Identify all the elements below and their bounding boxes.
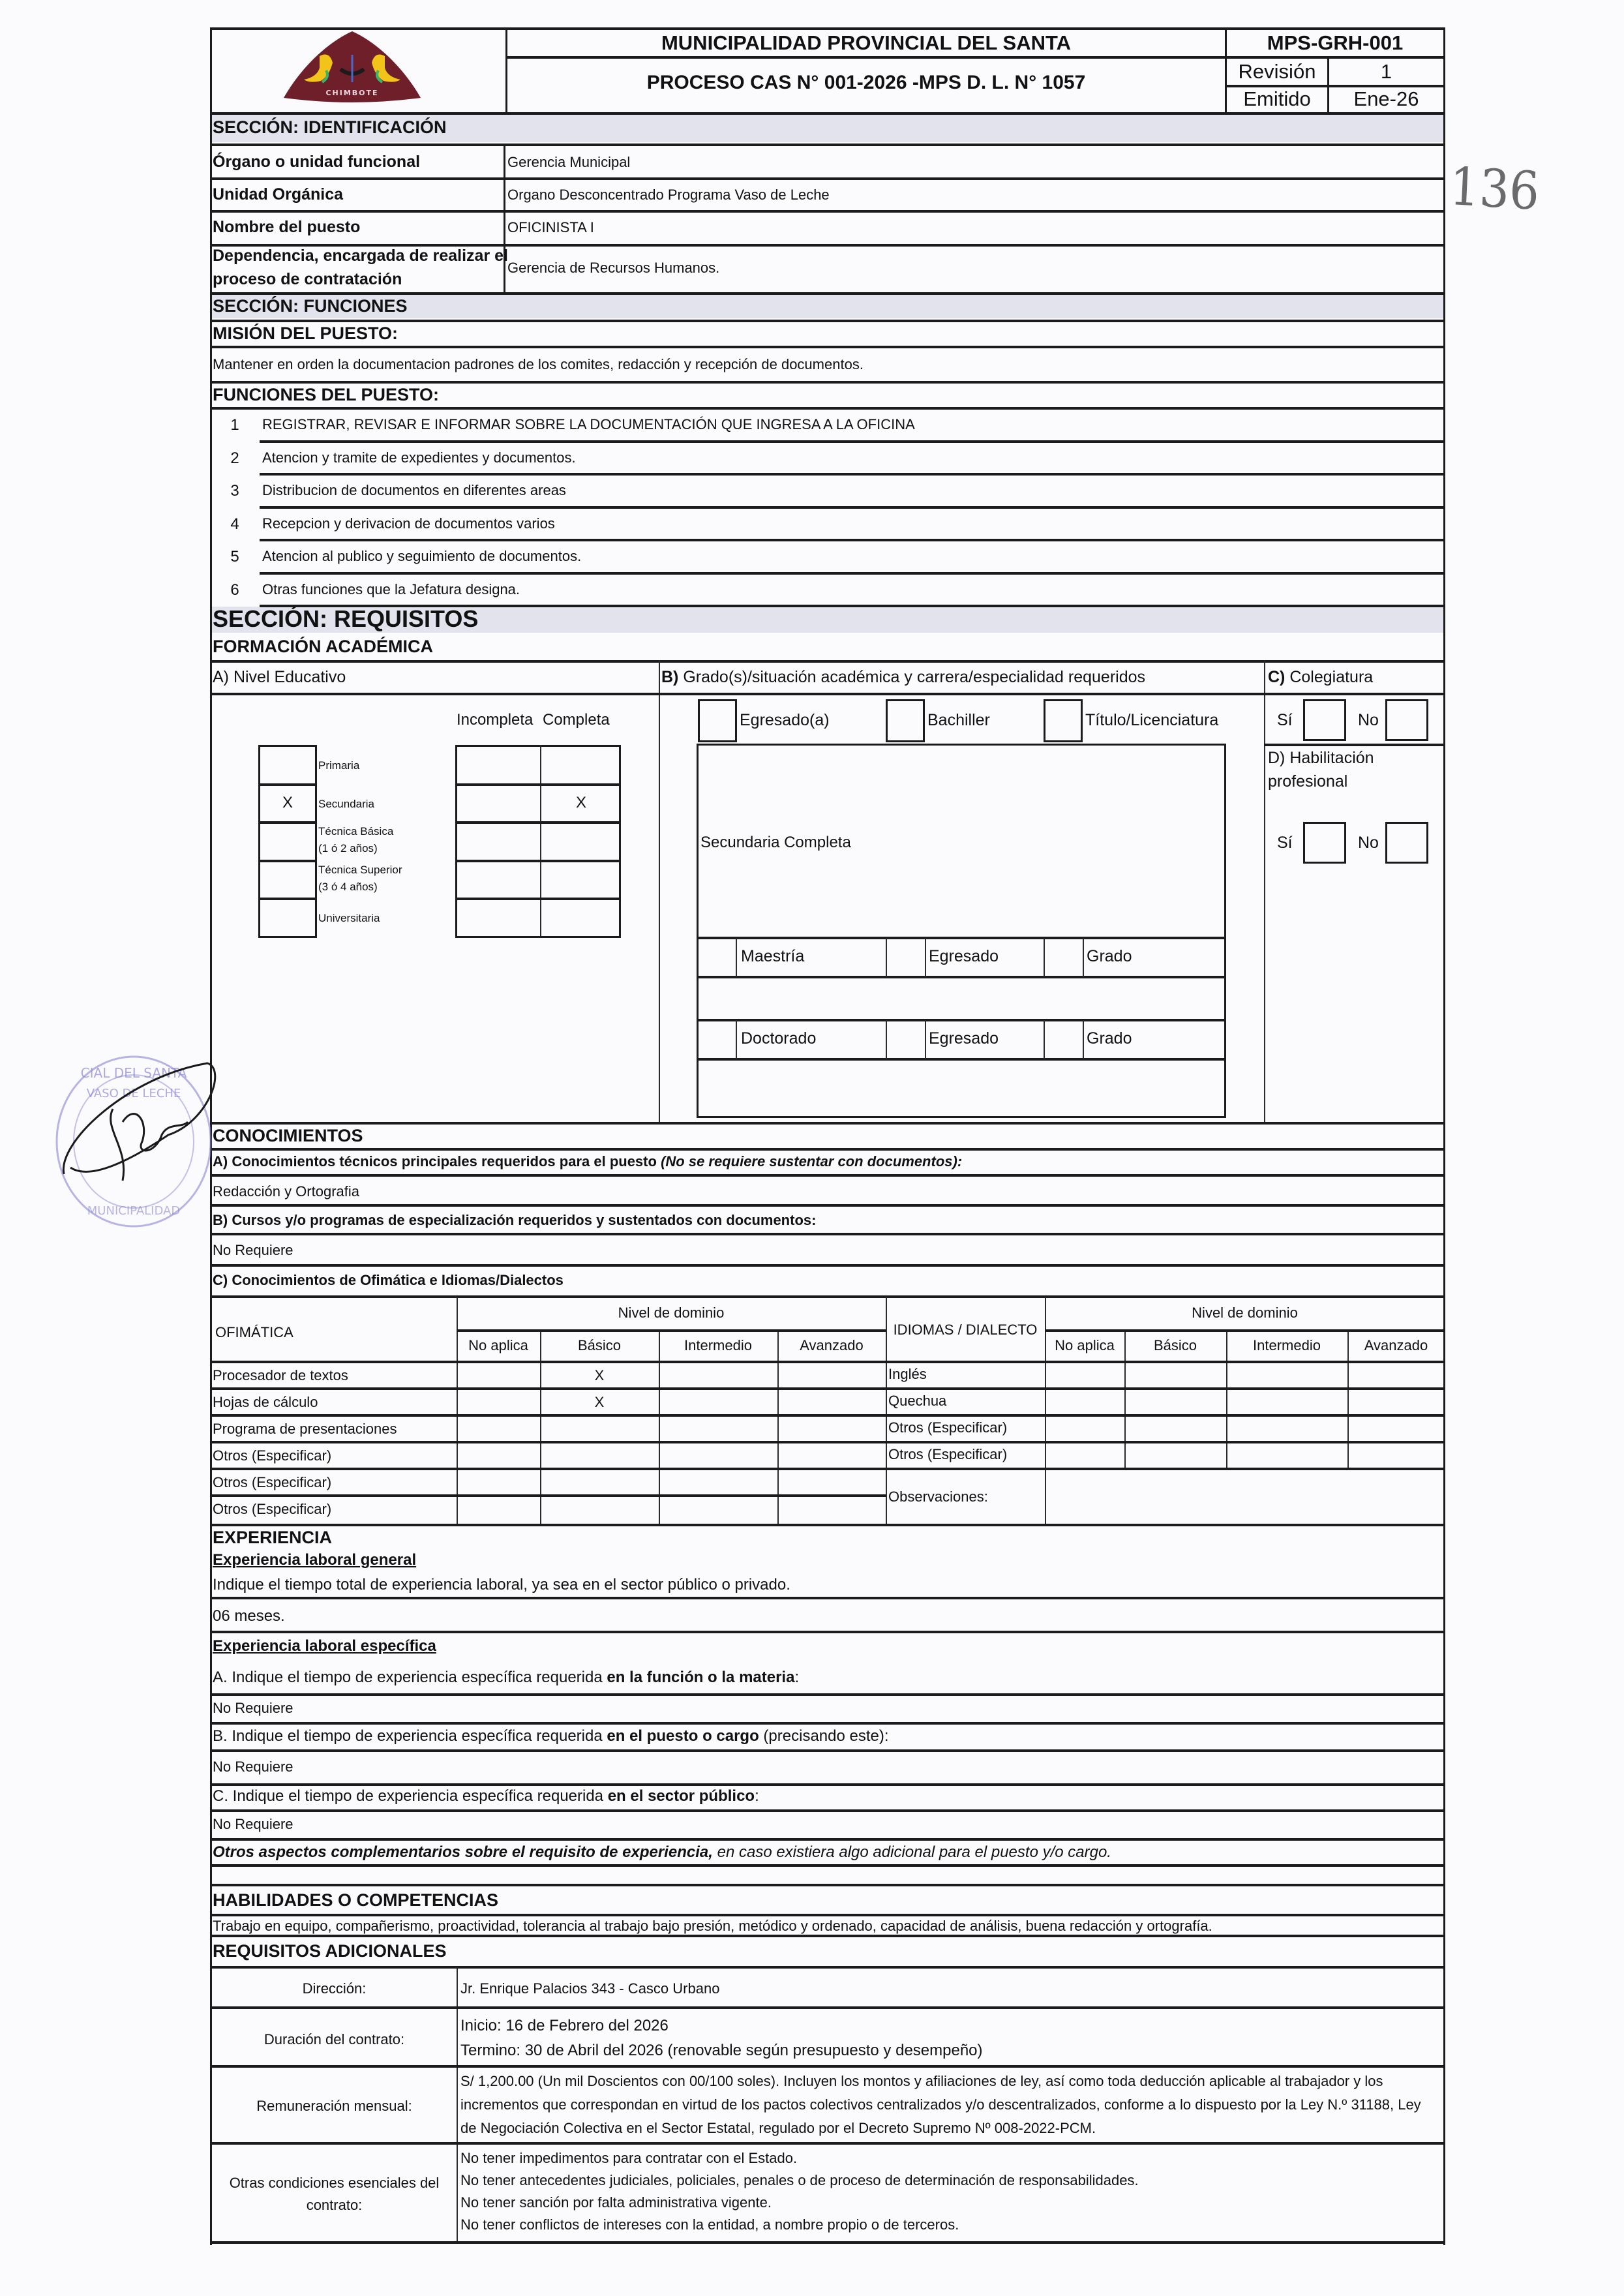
rule [210,1148,1445,1151]
revision-label: Revisión [1227,60,1327,83]
cell-divider [736,1020,737,1059]
revision-value: 1 [1329,60,1443,83]
rule [455,860,621,862]
idiomas-col-header: No aplica [1045,1337,1124,1353]
colegiatura-si-label: Sí [1277,711,1293,730]
remuneracion-line-3: de Negociación Colectiva en el Sector Es… [460,2120,1096,2136]
document-code: MPS-GRH-001 [1227,31,1443,55]
colegiatura-title: C) Colegiatura [1268,668,1373,687]
cell-divider [1083,1020,1084,1059]
cell-divider [925,1020,926,1059]
experiencia-especifica-title: Experiencia laboral específica [213,1637,436,1655]
observaciones-label: Observaciones: [888,1488,988,1505]
rule [210,1722,1445,1725]
ofimatica-row-name: Otros (Especificar) [213,1447,331,1464]
formacion-title: FORMACIÓN ACADÉMICA [213,637,433,657]
rule [1045,1329,1445,1332]
funcion-text: REGISTRAR, REVISAR E INFORMAR SOBRE LA D… [262,416,915,432]
rule [210,1204,1445,1207]
checkbox-egresado[interactable] [698,699,737,742]
section-funciones-title: SECCIÓN: FUNCIONES [213,296,408,316]
idiomas-header: IDIOMAS / DIALECTO [886,1322,1045,1338]
otras-condicion-2: No tener antecedentes judiciales, polici… [460,2172,1139,2188]
frame-right [1443,27,1445,2245]
cell-divider [886,1020,887,1059]
rule [210,2006,1445,2009]
conocimientos-a-value: Redacción y Ortografia [213,1183,359,1200]
rule [210,1122,1445,1125]
rule [260,473,1445,476]
rule [210,1884,1445,1886]
rule [886,1414,1445,1417]
rule [210,1387,886,1390]
ofimatica-row-name: Programa de presentaciones [213,1421,397,1437]
idioma-row-name: Quechua [888,1393,946,1409]
maestria-label: Maestría [741,947,804,966]
rule [260,506,1445,509]
rule [697,976,1226,978]
rule [210,1468,886,1470]
col-divider [659,660,660,1123]
org-title: MUNICIPALIDAD PROVINCIAL DEL SANTA [507,31,1225,55]
experiencia-general-value: 06 meses. [213,1607,285,1625]
rule [210,1264,1445,1267]
issued-value: Ene-26 [1329,87,1443,111]
rule [210,2065,1445,2068]
cell-divider [1083,938,1084,977]
experiencia-a-value: No Requiere [213,1700,293,1716]
chimbote-crest-icon: CHIMBOTE [280,30,424,103]
doctorado-egresado: Egresado [929,1029,999,1048]
idioma-row-name: Otros (Especificar) [888,1446,1007,1462]
rule [1264,744,1445,746]
rule [260,605,1445,607]
svg-text:MUNICIPALIDAD: MUNICIPALIDAD [87,1204,180,1218]
funcion-number: 1 [222,416,248,434]
col-divider [1264,660,1265,1123]
funcion-number: 6 [222,581,248,599]
otras-condicion-3: No tener sanción por falta administrativ… [460,2194,772,2211]
rule [210,1414,886,1417]
rule [886,1387,1445,1390]
nivel-label-sub: (1 ó 2 años) [318,842,378,855]
rule [210,660,1445,663]
col-completa: Completa [543,711,610,729]
label-dependencia-2: proceso de contratación [213,270,402,289]
habilitacion-title: D) Habilitación [1268,749,1374,768]
rule [258,860,317,862]
colegiatura-no-checkbox[interactable] [1385,699,1428,741]
rule [697,1019,1226,1021]
rule [210,1233,1445,1235]
option-titulo: Título/Licenciatura [1085,711,1218,730]
mision-text: Mantener en orden la documentacion padro… [213,356,864,372]
header-line [505,56,1445,59]
experiencia-b-prompt: B. Indique el tiempo de experiencia espe… [213,1727,889,1745]
idiomas-nivel-header: Nivel de dominio [1045,1305,1445,1321]
rule [210,320,1445,322]
conocimientos-b-value: No Requiere [213,1242,293,1258]
funcion-number: 3 [222,482,248,500]
rule [210,1935,1445,1937]
nivel-label: Técnica Superior [318,864,402,877]
adicionales-title: REQUISITOS ADICIONALES [213,1941,447,1961]
nivel-completa-cell[interactable]: X [541,794,621,812]
ofimatica-col-header: No aplica [457,1337,540,1353]
rule [697,937,1226,939]
rule [258,898,317,900]
funcion-number: 4 [222,515,248,534]
colegiatura-si-checkbox[interactable] [1303,699,1346,741]
rule [210,1631,1445,1633]
duracion-termino: Termino: 30 de Abril del 2026 (renovable… [460,2042,983,2060]
nivel-mark-column [258,745,317,938]
nivel-mark[interactable]: X [260,794,315,812]
funcion-number: 5 [222,548,248,566]
experiencia-a-prompt: A. Indique el tiempo de experiencia espe… [213,1669,799,1687]
rule [210,1361,1445,1363]
duracion-inicio: Inicio: 16 de Febrero del 2026 [460,2017,669,2035]
rule [210,2241,1445,2244]
experiencia-general-prompt: Indique el tiempo total de experiencia l… [213,1576,790,1594]
habilitacion-si-checkbox[interactable] [1303,822,1346,864]
rule [210,1693,1445,1696]
rule [260,539,1445,541]
rule [455,821,621,824]
issued-label: Emitido [1227,87,1327,111]
handwritten-page-number: 136 [1449,157,1541,222]
experiencia-c-prompt: C. Indique el tiempo de experiencia espe… [213,1787,759,1805]
rule [210,381,1445,384]
rule [457,1329,886,1332]
rule [210,1524,1445,1526]
rule [210,1295,1445,1298]
funcion-text: Atencion al publico y seguimiento de doc… [262,548,581,564]
rule [260,572,1445,575]
specialty-value: Secundaria Completa [700,834,851,852]
rule [210,1494,886,1497]
rule [258,821,317,824]
direccion-label: Dirección: [212,1980,457,1997]
ofimatica-col-header: Intermedio [659,1337,777,1353]
idioma-row-name: Otros (Especificar) [888,1419,1007,1436]
ofimatica-level-cell[interactable]: X [540,1367,659,1383]
maestria-egresado: Egresado [929,947,999,966]
mision-title: MISIÓN DEL PUESTO: [213,324,398,344]
remuneracion-line-1: S/ 1,200.00 (Un mil Doscientos con 00/10… [460,2073,1383,2089]
rule [210,177,1445,180]
otras-condicion-1: No tener impedimentos para contratar con… [460,2150,797,2166]
nivel-label-sub: (3 ó 4 años) [318,881,378,894]
idioma-row-name: Inglés [888,1366,927,1382]
rule [210,1966,1445,1969]
col-divider [504,143,505,294]
document-page: 136 CHIMBOTE MUNICIPALIDAD PROVINCIAL DE… [0,0,1624,2296]
habilidades-text: Trabajo en equipo, compañerismo, proacti… [213,1918,1212,1934]
ofimatica-nivel-header: Nivel de dominio [457,1305,886,1321]
colegiatura-no-label: No [1358,711,1379,730]
rule [210,1783,1445,1786]
rule [210,1174,1445,1177]
duracion-label: Duración del contrato: [212,2031,457,2047]
cell-divider [886,938,887,977]
ofimatica-row-name: Otros (Especificar) [213,1474,331,1490]
municipality-logo: CHIMBOTE [280,30,424,103]
cell-divider [540,745,541,936]
rule [210,1441,886,1443]
rule [886,1441,1445,1443]
checkbox-titulo[interactable] [1044,699,1083,742]
option-egresado: Egresado(a) [740,711,830,730]
conocimientos-b-label: B) Cursos y/o programas de especializaci… [213,1212,816,1228]
value-nombre-puesto: OFICINISTA I [507,219,594,235]
nivel-label: Primaria [318,759,359,772]
experiencia-general-title: Experiencia laboral general [213,1551,416,1569]
maestria-grado: Grado [1087,947,1132,966]
label-nombre-puesto: Nombre del puesto [213,218,360,237]
nivel-label: Secundaria [318,798,374,811]
conocimientos-a-label: A) Conocimientos técnicos principales re… [213,1153,962,1170]
observaciones-field[interactable] [1046,1470,1443,1524]
habilitacion-title-2: profesional [1268,772,1347,791]
rule [210,210,1445,213]
ofimatica-header: OFIMÁTICA [215,1324,293,1340]
ofimatica-row-name: Hojas de cálculo [213,1394,318,1410]
idiomas-col-header: Avanzado [1347,1337,1445,1353]
cell-divider [1044,1020,1045,1059]
cell-divider [1044,938,1045,977]
rule [210,693,1445,695]
label-unidad-organica: Unidad Orgánica [213,185,343,204]
nivel-label: Universitaria [318,912,380,925]
experiencia-b-value: No Requiere [213,1759,293,1775]
grado-title: B) Grado(s)/situación académica y carrer… [661,668,1145,687]
rule [210,1749,1445,1752]
rule [210,1809,1445,1812]
section-identificacion-title: SECCIÓN: IDENTIFICACIÓN [213,117,447,138]
col-incompleta: Incompleta [457,711,533,729]
funcion-text: Atencion y tramite de expedientes y docu… [262,449,576,466]
ofimatica-col-header: Básico [540,1337,659,1353]
funcion-text: Distribucion de documentos en diferentes… [262,482,566,498]
remuneracion-label: Remuneración mensual: [212,2098,457,2114]
doctorado-grado: Grado [1087,1029,1132,1048]
funciones-puesto-title: FUNCIONES DEL PUESTO: [213,385,439,405]
habilidades-title: HABILIDADES O COMPETENCIAS [213,1890,498,1911]
otras-condiciones-label-2: contrato: [212,2197,457,2213]
svg-text:CHIMBOTE: CHIMBOTE [325,89,378,97]
rule [697,1058,1226,1061]
rule [210,407,1445,410]
conocimientos-c-label: C) Conocimientos de Ofimática e Idiomas/… [213,1272,564,1288]
funcion-text: Otras funciones que la Jefatura designa. [262,581,520,597]
otras-condiciones-label: Otras condiciones esenciales del [212,2175,457,2191]
habilitacion-si-label: Sí [1277,834,1293,853]
value-unidad-organica: Organo Desconcentrado Programa Vaso de L… [507,187,830,203]
idiomas-col-header: Intermedio [1226,1337,1347,1353]
rule [455,783,621,786]
section-requisitos-title: SECCIÓN: REQUISITOS [213,605,478,632]
value-dependencia: Gerencia de Recursos Humanos. [507,260,719,276]
habilitacion-no-label: No [1358,834,1379,853]
direccion-value: Jr. Enrique Palacios 343 - Casco Urbano [460,1980,719,1997]
checkbox-bachiller[interactable] [886,699,925,742]
label-organo: Órgano o unidad funcional [213,153,420,172]
signature-scribble-icon [51,1050,220,1200]
conocimientos-title: CONOCIMIENTOS [213,1126,363,1146]
rule [210,1864,1445,1867]
nivel-status-grid [455,745,621,938]
ofimatica-row-name: Otros (Especificar) [213,1501,331,1517]
rule [210,346,1445,348]
rule [210,1838,1445,1841]
ofimatica-col-header: Avanzado [777,1337,886,1353]
habilitacion-no-checkbox[interactable] [1385,822,1428,864]
idiomas-col-header: Básico [1124,1337,1226,1353]
ofimatica-level-cell[interactable]: X [540,1394,659,1410]
rule [210,143,1445,146]
rule [210,2142,1445,2145]
option-bachiller: Bachiller [927,711,990,730]
nivel-label: Técnica Básica [318,825,393,838]
funcion-text: Recepcion y derivacion de documentos var… [262,515,555,532]
value-organo: Gerencia Municipal [507,154,630,170]
nivel-educativo-title: A) Nivel Educativo [213,668,346,687]
rule [210,1914,1445,1916]
ofimatica-row-name: Procesador de textos [213,1367,348,1383]
doctorado-label: Doctorado [741,1029,816,1048]
rule [455,898,621,900]
otras-condicion-4: No tener conflictos de intereses con la … [460,2216,959,2233]
signature [51,1050,220,1200]
specialty-box [697,744,1226,1118]
cell-divider [736,938,737,977]
rule [210,1597,1445,1599]
process-title: PROCESO CAS N° 001-2026 -MPS D. L. N° 10… [507,72,1225,95]
experiencia-c-value: No Requiere [213,1816,293,1832]
label-dependencia: Dependencia, encargada de realizar el [213,247,508,265]
experiencia-title: EXPERIENCIA [213,1528,332,1548]
cell-divider [925,938,926,977]
remuneracion-line-2: incrementos que correspondan en virtud d… [460,2096,1421,2113]
rule [260,440,1445,443]
funcion-number: 2 [222,449,248,468]
experiencia-otros: Otros aspectos complementarios sobre el … [213,1843,1111,1862]
rule [258,783,317,786]
